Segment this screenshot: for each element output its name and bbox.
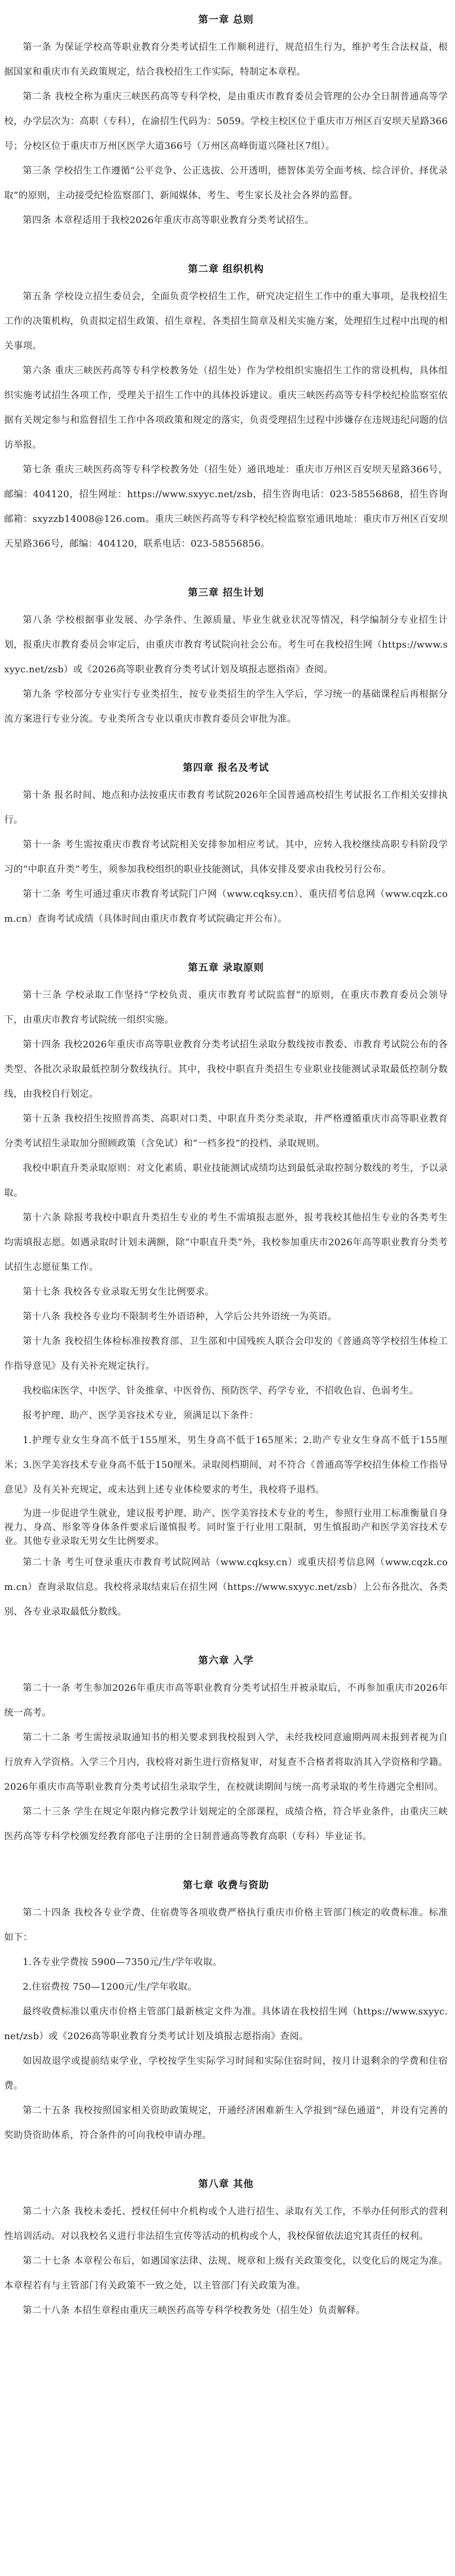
clause-paragraph: 1.护理专业女生身高不低于155厘米，男生身高不低于165厘米；2.助产专业女生… bbox=[4, 1428, 448, 1502]
clause-paragraph: 第八条 学校根据事业发展、办学条件、生源质量、毕业生就业状况等情况，科学编制分专… bbox=[4, 608, 448, 682]
clause-paragraph: 第二十六条 我校未委托、授权任何中介机构或个人进行招生、录取有关工作，不举办任何… bbox=[4, 2199, 448, 2249]
clause-paragraph: 最终收费标准以重庆市价格主管部门最新核定文件为准。具体请在我校招生网（https… bbox=[4, 1999, 448, 2049]
clause-paragraph: 第五条 学校设立招生委员会，全面负责学校招生工作，研究决定招生工作中的重大事项，… bbox=[4, 284, 448, 359]
clause-paragraph: 为进一步促进学生就业，建议报考护理、助产、医学美容技术专业的考生，参照行业用工标… bbox=[4, 1506, 448, 1548]
clause-paragraph: 第二十一条 考生参加2026年重庆市高等职业教育分类考试招生并被录取后，不再参加… bbox=[4, 1676, 448, 1725]
clause-paragraph: 第一条 为保证学校高等职业教育分类考试招生工作顺利进行，规范招生行为，维护考生合… bbox=[4, 35, 448, 84]
clause-paragraph: 第十五条 我校招生按照普高类、高职对口类、中职直升类分类录取，并严格遵循重庆市高… bbox=[4, 1107, 448, 1156]
clause-paragraph: 第二条 我校全称为重庆三峡医药高等专科学校，是由重庆市教育委员会管理的公办全日制… bbox=[4, 84, 448, 159]
clause-paragraph: 第四条 本章程适用于我校2026年重庆市高等职业教育分类考试招生。 bbox=[4, 208, 448, 233]
clause-paragraph: 第十四条 我校2026年重庆市高等职业教育分类考试招生录取分数线按市教委、市教育… bbox=[4, 1032, 448, 1107]
clause-paragraph: 第十条 报名时间、地点和办法按重庆市教育考试院2026年全国普通高校招生考试报名… bbox=[4, 783, 448, 833]
clause-paragraph: 第二十八条 本招生章程由重庆三峡医药高等专科学校教务处（招生处）负责解释。 bbox=[4, 2298, 448, 2323]
clause-paragraph: 我校临床医学、中医学、针灸推拿、中医骨伤、预防医学、药学专业，不招收色盲、色弱考… bbox=[4, 1379, 448, 1403]
clause-paragraph: 第二十七条 本章程公布后，如遇国家法律、法规、规章和上级有关政策变化，以变化后的… bbox=[4, 2249, 448, 2298]
clause-paragraph: 第二十二条 考生需按录取通知书的相关要求到我校报到入学，未经我校同意逾期两周未报… bbox=[4, 1725, 448, 1800]
clause-paragraph: 第十二条 考生可通过重庆市教育考试院门户网（www.cqksy.cn）、重庆招考… bbox=[4, 882, 448, 931]
clause-paragraph: 1.各专业学费按 5900—7350元/生/学年收取。 bbox=[4, 1950, 448, 1975]
clause-paragraph: 第九条 学校部分专业实行专业类招生，按专业类招生的学生入学后，学习统一的基础课程… bbox=[4, 682, 448, 732]
chapter-heading: 第四章 报名及考试 bbox=[4, 755, 448, 780]
clause-paragraph: 我校中职直升类录取原则：对文化素质、职业技能测试成绩均达到最低录取控制分数线的考… bbox=[4, 1156, 448, 1206]
admissions-charter-document: 第一章 总则第一条 为保证学校高等职业教育分类考试招生工作顺利进行，规范招生行为… bbox=[0, 0, 455, 2349]
clause-paragraph: 第三条 学校招生工作遵循“公平竞争、公正选拔、公开透明，德智体美劳全面考核、综合… bbox=[4, 159, 448, 208]
chapter-heading: 第七章 收费与资助 bbox=[4, 1873, 448, 1897]
clause-paragraph: 第十六条 除报考我校中职直升类招生专业的考生不需填报志愿外，报考我校其他招生专业… bbox=[4, 1206, 448, 1280]
chapter-heading: 第六章 入学 bbox=[4, 1648, 448, 1673]
clause-paragraph: 第七条 重庆三峡医药高等专科学校教务处（招生处）通讯地址：重庆市万州区百安坝天星… bbox=[4, 457, 448, 556]
clause-paragraph: 报考护理、助产、医学美容技术专业，须满足以下条件： bbox=[4, 1403, 448, 1428]
clause-paragraph: 第二十五条 我校按照国家相关资助政策规定，开通经济困难新生入学报到“绿色通道”，… bbox=[4, 2098, 448, 2148]
chapter-heading: 第一章 总则 bbox=[4, 7, 448, 32]
chapter-heading: 第三章 招生计划 bbox=[4, 580, 448, 605]
clause-paragraph: 第十八条 我校各专业均不限制考生外语语种，入学后公共外语统一为英语。 bbox=[4, 1304, 448, 1329]
chapter-heading: 第二章 组织机构 bbox=[4, 257, 448, 281]
clause-paragraph: 如因故退学或提前结束学业，学校按学生实际学习时间和实际住宿时间，按月计退剩余的学… bbox=[4, 2049, 448, 2098]
clause-paragraph: 第十一条 考生需按重庆市教育考试院相关安排参加相应考试。其中，应转入我校继续高职… bbox=[4, 833, 448, 882]
clause-paragraph: 第十七条 我校各专业录取无男女生比例要求。 bbox=[4, 1280, 448, 1304]
clause-paragraph: 第六条 重庆三峡医药高等专科学校教务处（招生处）作为学校组织实施招生工作的常设机… bbox=[4, 359, 448, 457]
clause-paragraph: 第十三条 学校录取工作坚持“学校负责、重庆市教育考试院监督”的原则，在重庆市教育… bbox=[4, 983, 448, 1032]
clause-paragraph: 第二十条 考生可登录重庆市教育考试院网站（www.cqksy.cn）或重庆招考信… bbox=[4, 1550, 448, 1624]
chapter-heading: 第五章 录取原则 bbox=[4, 955, 448, 980]
clause-paragraph: 2.住宿费按 750—1200元/生/学年收取。 bbox=[4, 1975, 448, 1999]
chapter-heading: 第八章 其他 bbox=[4, 2172, 448, 2196]
clause-paragraph: 第二十四条 我校各专业学费、住宿费等各项收费严格执行重庆市价格主管部门核定的收费… bbox=[4, 1901, 448, 1950]
clause-paragraph: 第二十三条 学生在规定年限内修完教学计划规定的全部课程，成绩合格，符合毕业条件，… bbox=[4, 1800, 448, 1849]
clause-paragraph: 第十九条 我校招生体检标准按教育部、卫生部和中国残疾人联合会印发的《普通高等学校… bbox=[4, 1329, 448, 1379]
